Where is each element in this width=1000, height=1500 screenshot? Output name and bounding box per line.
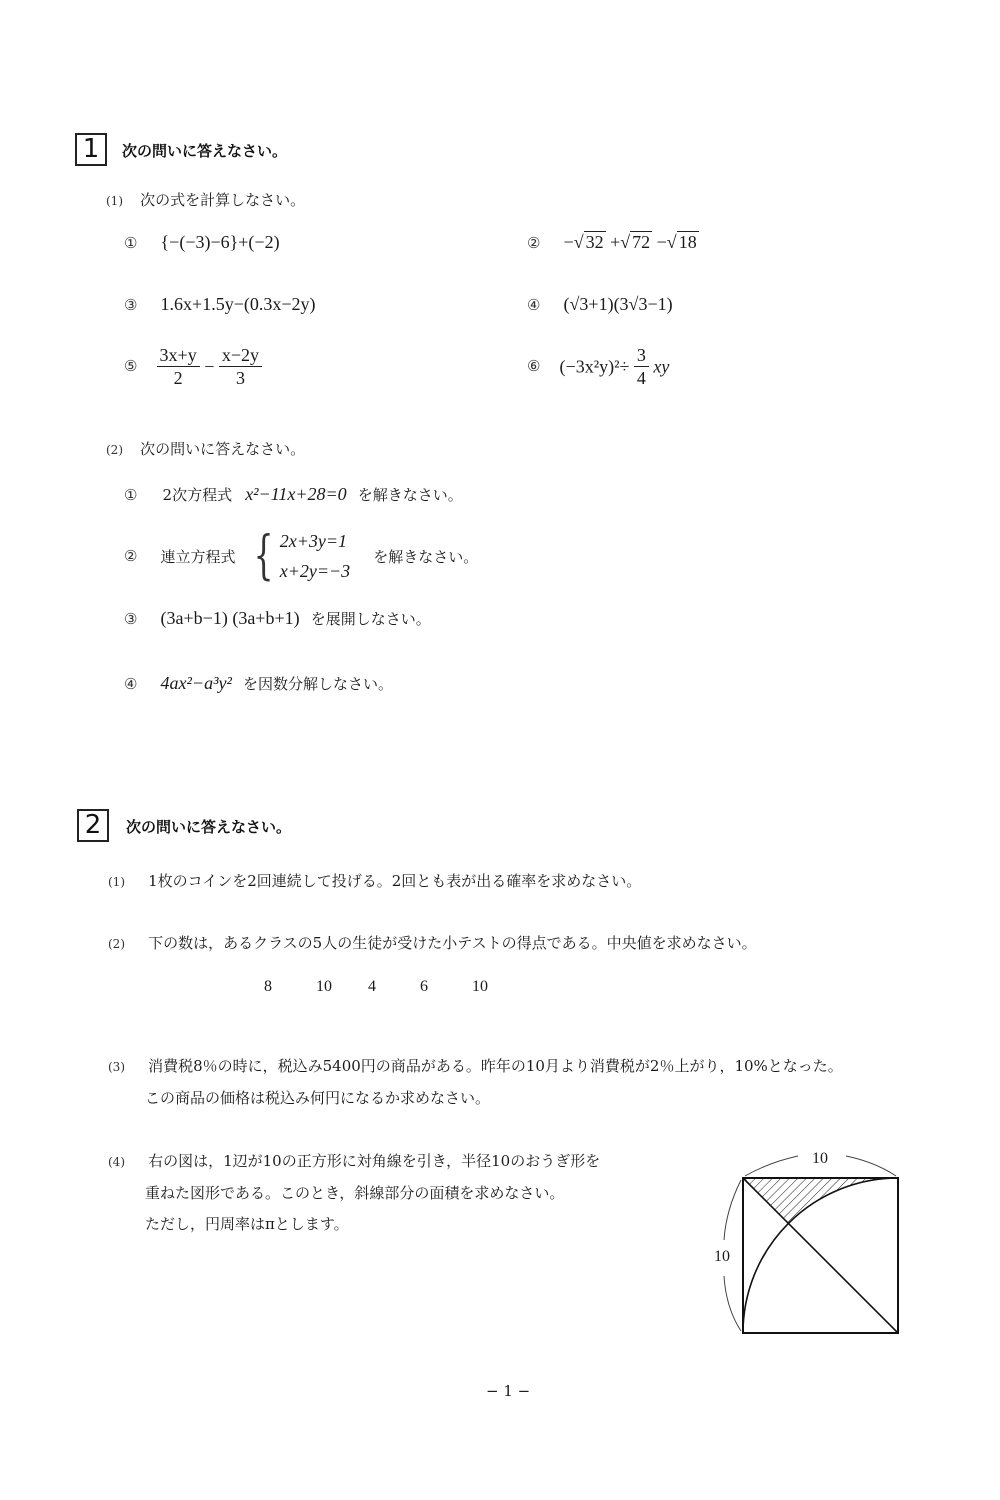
item-marker: ③ xyxy=(124,296,137,314)
geometry-figure: 10 10 xyxy=(700,1140,920,1350)
equation-system: { 2x+3y=1 x+2y=−3 xyxy=(247,526,351,586)
score-value: 4 xyxy=(368,978,420,996)
problem-item: ④ (√3+1)(3√3−1) xyxy=(527,294,673,315)
question-label: (3) xyxy=(108,1060,125,1074)
math-expression: 4ax²−a³y² xyxy=(161,673,232,693)
score-value: 6 xyxy=(420,978,472,996)
question: (4) 右の図は，1辺が10の正方形に対角線を引き，半径10のおうぎ形を xyxy=(108,1150,600,1171)
square-sector-diagram xyxy=(700,1140,920,1350)
item-marker: ② xyxy=(124,547,137,565)
problem-item: ⑥ (−3x²y)²÷ 3 4 xy xyxy=(527,344,669,389)
problem-item: ③ 1.6x+1.5y−(0.3x−2y) xyxy=(124,294,316,315)
section-number-box: 2 xyxy=(77,809,109,842)
dimension-label-top: 10 xyxy=(812,1150,828,1168)
question: (3) 消費税8％の時に，税込み5400円の商品がある。昨年の10月より消費税が… xyxy=(108,1055,843,1076)
math-expression: 1.6x+1.5y−(0.3x−2y) xyxy=(161,294,316,314)
part-instruction: 次の問いに答えなさい。 xyxy=(140,440,305,458)
item-marker: ③ xyxy=(124,610,137,628)
problem-item: ① {−(−3)−6}+(−2) xyxy=(124,232,280,253)
item-marker: ② xyxy=(527,234,540,252)
question-text: 1枚のコインを2回連続して投げる。2回とも表が出る確率を求めなさい。 xyxy=(148,872,641,890)
fraction: 3 4 xyxy=(634,344,649,389)
question-text: 右の図は，1辺が10の正方形に対角線を引き，半径10のおうぎ形を xyxy=(148,1152,600,1170)
score-value: 10 xyxy=(316,978,368,996)
problem-item: ② −√32 +√72 −√18 xyxy=(527,232,699,253)
item-marker: ④ xyxy=(527,296,540,314)
section-title: 次の問いに答えなさい。 xyxy=(122,140,287,161)
question-text: この商品の価格は税込み何円になるか求めなさい。 xyxy=(145,1087,490,1108)
math-expression: {−(−3)−6}+(−2) xyxy=(161,232,280,252)
part-label: (1) xyxy=(106,194,123,208)
brace-icon: { xyxy=(253,530,273,582)
question-label: (4) xyxy=(108,1155,125,1169)
math-expression: −√32 +√72 −√18 xyxy=(564,232,699,252)
question-label: (1) xyxy=(108,875,125,889)
item-marker: ① xyxy=(124,486,137,504)
problem-item: ① 2次方程式 x²−11x+28=0 を解きなさい。 xyxy=(124,484,463,505)
item-marker: ④ xyxy=(124,675,137,693)
fraction: x−2y 3 xyxy=(219,344,262,389)
fraction: 3x+y 2 xyxy=(157,344,200,389)
question-label: (2) xyxy=(108,937,125,951)
question-text: 下の数は，あるクラスの5人の生徒が受けた小テストの得点である。中央値を求めなさい… xyxy=(148,934,757,952)
math-expression: x²−11x+28=0 xyxy=(245,484,346,504)
item-marker: ① xyxy=(124,234,137,252)
problem-item: ② 連立方程式 { 2x+3y=1 x+2y=−3 を解きなさい。 xyxy=(124,526,478,586)
math-expression: (3a+b−1) (3a+b+1) xyxy=(161,608,300,628)
math-expression: (√3+1)(3√3−1) xyxy=(564,294,673,314)
section-number-box: 1 xyxy=(75,133,107,166)
problem-item: ⑤ 3x+y 2 − x−2y 3 xyxy=(124,344,262,389)
problem-item: ④ 4ax²−a³y² を因数分解しなさい。 xyxy=(124,673,393,694)
section-title: 次の問いに答えなさい。 xyxy=(126,816,291,837)
question-text: ただし，円周率はπとします。 xyxy=(145,1213,349,1234)
question-text: 消費税8％の時に，税込み5400円の商品がある。昨年の10月より消費税が2％上が… xyxy=(148,1057,843,1075)
dimension-label-left: 10 xyxy=(714,1248,730,1266)
part-header: (1) 次の式を計算しなさい。 xyxy=(106,189,305,210)
page-number: − 1 − xyxy=(486,1382,530,1400)
item-marker: ⑤ xyxy=(124,357,137,375)
part-instruction: 次の式を計算しなさい。 xyxy=(140,191,305,209)
math-expression: 3x+y 2 − x−2y 3 xyxy=(157,355,262,375)
math-expression: (−3x²y)²÷ 3 4 xy xyxy=(560,355,670,375)
part-label: (2) xyxy=(106,443,123,457)
score-value: 8 xyxy=(264,978,316,996)
question: (2) 下の数は，あるクラスの5人の生徒が受けた小テストの得点である。中央値を求… xyxy=(108,932,757,953)
question: (1) 1枚のコインを2回連続して投げる。2回とも表が出る確率を求めなさい。 xyxy=(108,870,641,891)
score-list: 8104610 xyxy=(264,978,524,996)
score-value: 10 xyxy=(472,978,524,996)
question-text: 重ねた図形である。このとき，斜線部分の面積を求めなさい。 xyxy=(145,1182,564,1203)
problem-item: ③ (3a+b−1) (3a+b+1) を展開しなさい。 xyxy=(124,608,431,629)
part-header: (2) 次の問いに答えなさい。 xyxy=(106,438,305,459)
item-marker: ⑥ xyxy=(527,357,540,375)
